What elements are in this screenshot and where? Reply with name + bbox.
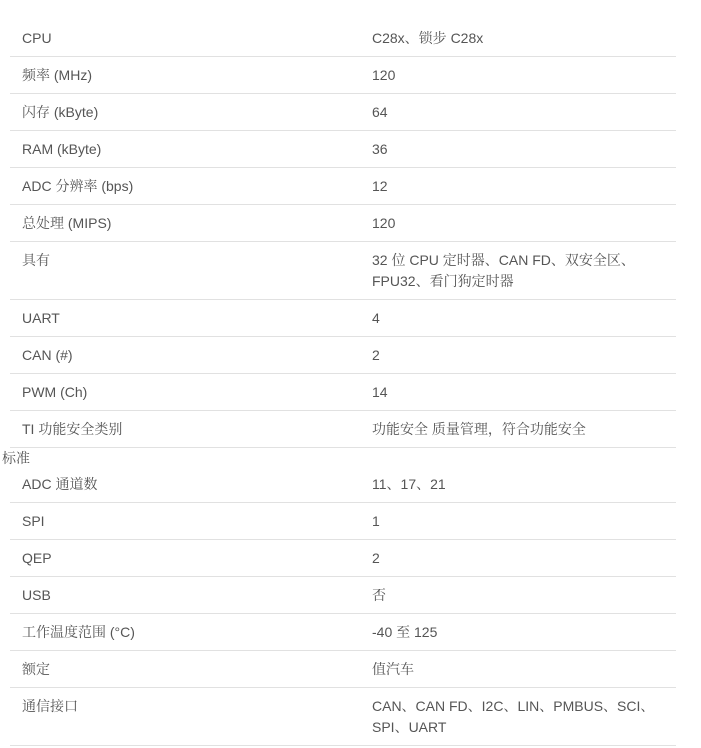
spec-value: 120 [372,213,676,234]
spec-row: ADC 通道数 11、17、21 [10,466,676,503]
spec-value: 120 [372,65,676,86]
spec-row: USB 否 [10,577,676,614]
spec-row: RAM (kByte) 36 [10,131,676,168]
spec-label: UART [10,308,372,329]
spec-row: 通信接口 CAN、CAN FD、I2C、LIN、PMBUS、SCI、SPI、UA… [10,688,676,746]
spec-value: -40 至 125 [372,622,676,643]
spec-label: 额定 [10,659,372,680]
spec-row: 频率 (MHz) 120 [10,57,676,94]
overflow-text: 标准 [2,448,676,466]
spec-value: 否 [372,585,676,606]
spec-table: CPU C28x、锁步 C28x 频率 (MHz) 120 闪存 (kByte)… [10,20,676,746]
spec-row: CAN (#) 2 [10,337,676,374]
spec-row: ADC 分辨率 (bps) 12 [10,168,676,205]
spec-value: 36 [372,139,676,160]
spec-value: 64 [372,102,676,123]
spec-label: 通信接口 [10,696,372,717]
spec-label: CPU [10,28,372,49]
spec-label: USB [10,585,372,606]
spec-label: 工作温度范围 (°C) [10,622,372,643]
spec-label: 频率 (MHz) [10,65,372,86]
spec-label: RAM (kByte) [10,139,372,160]
spec-value: C28x、锁步 C28x [372,28,676,49]
spec-row: 额定 值汽车 [10,651,676,688]
spec-label: CAN (#) [10,345,372,366]
spec-row: 具有 32 位 CPU 定时器、CAN FD、双安全区、FPU32、看门狗定时器 [10,242,676,300]
spec-label: 具有 [10,250,372,271]
spec-value: 14 [372,382,676,403]
spec-label: PWM (Ch) [10,382,372,403]
spec-value: 1 [372,511,676,532]
spec-value: 4 [372,308,676,329]
spec-row: UART 4 [10,300,676,337]
spec-row: 总处理 (MIPS) 120 [10,205,676,242]
spec-value: 2 [372,548,676,569]
spec-row: CPU C28x、锁步 C28x [10,20,676,57]
spec-row: PWM (Ch) 14 [10,374,676,411]
spec-label: SPI [10,511,372,532]
spec-label: ADC 通道数 [10,474,372,495]
spec-value: CAN、CAN FD、I2C、LIN、PMBUS、SCI、SPI、UART [372,696,676,738]
spec-label: ADC 分辨率 (bps) [10,176,372,197]
spec-row: 工作温度范围 (°C) -40 至 125 [10,614,676,651]
spec-value: 2 [372,345,676,366]
spec-value: 32 位 CPU 定时器、CAN FD、双安全区、FPU32、看门狗定时器 [372,250,676,292]
spec-row: 闪存 (kByte) 64 [10,94,676,131]
spec-label: TI 功能安全类别 [10,419,372,440]
spec-label: 闪存 (kByte) [10,102,372,123]
spec-row: QEP 2 [10,540,676,577]
spec-value: 功能安全 质量管理，符合功能安全 [372,419,676,440]
spec-row: TI 功能安全类别 功能安全 质量管理，符合功能安全 [10,411,676,448]
spec-value: 值汽车 [372,659,676,680]
spec-value: 12 [372,176,676,197]
spec-label: QEP [10,548,372,569]
spec-row: SPI 1 [10,503,676,540]
spec-value: 11、17、21 [372,474,676,495]
spec-label: 总处理 (MIPS) [10,213,372,234]
